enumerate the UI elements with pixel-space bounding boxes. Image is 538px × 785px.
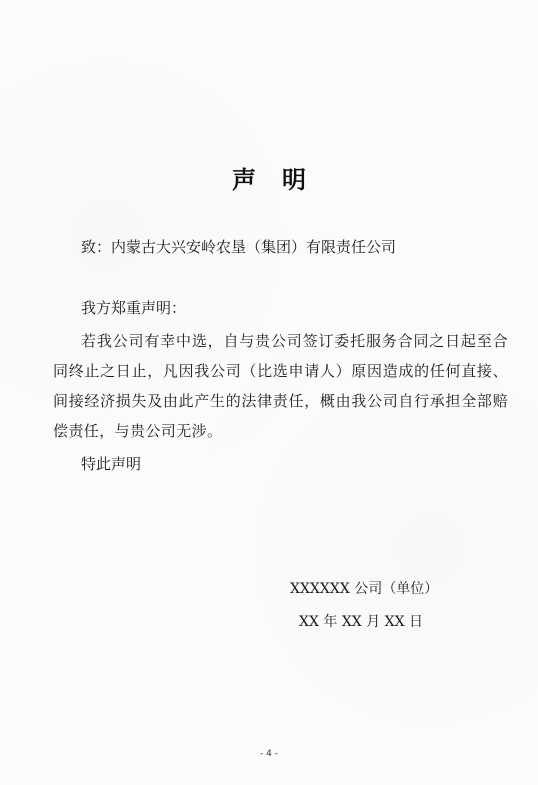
body-paragraph: 若我公司有幸中选，自与贵公司签订委托服务合同之日起至合同终止之日止，凡因我公司（… xyxy=(53,326,508,446)
date-line: XX 年 XX 月 XX 日 xyxy=(299,611,423,631)
document-page: 声明 致：内蒙古大兴安岭农垦（集团）有限责任公司 我方郑重声明： 若我公司有幸中… xyxy=(0,0,538,785)
addressee-line: 致：内蒙古大兴安岭农垦（集团）有限责任公司 xyxy=(81,236,396,257)
document-title: 声明 xyxy=(0,160,538,195)
page-number: - 4 - xyxy=(0,749,538,759)
signature-line: XXXXXX 公司（单位） xyxy=(290,578,438,598)
closing-paragraph: 特此声明 xyxy=(81,449,536,479)
intro-paragraph: 我方郑重声明： xyxy=(81,293,536,323)
